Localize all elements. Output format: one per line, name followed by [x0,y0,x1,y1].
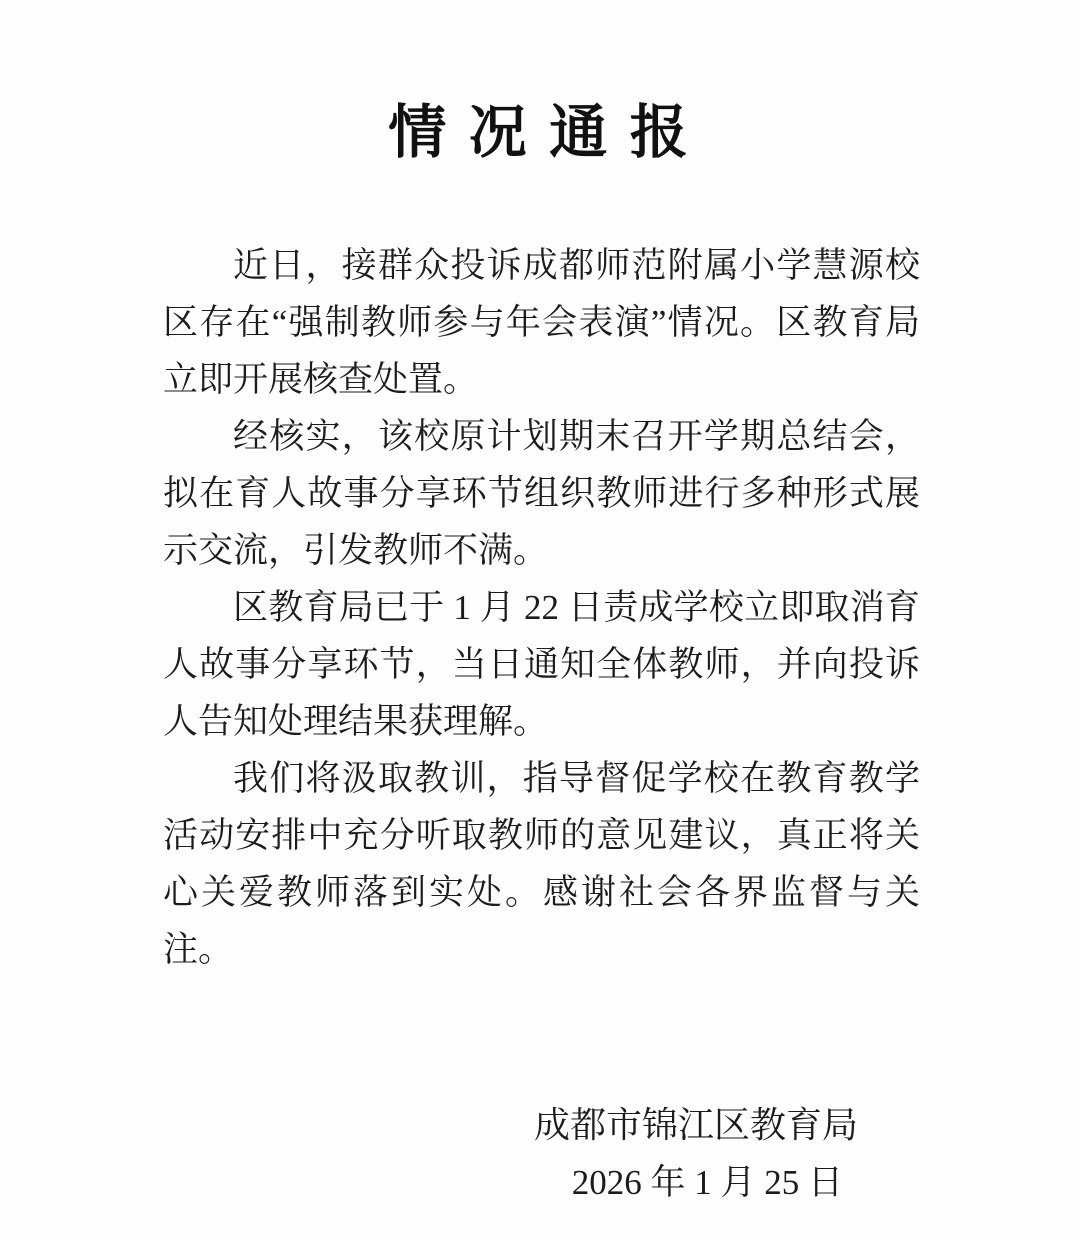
notice-paragraph-3: 区教育局已于 1 月 22 日责成学校立即取消育人故事分享环节，当日通知全体教师… [163,579,920,750]
notice-body: 近日，接群众投诉成都师范附属小学慧源校区存在“强制教师参与年会表演”情况。区教育… [163,237,920,978]
signature-date: 2026 年 1 月 25 日 [0,1154,1080,1211]
notice-paragraph-4: 我们将汲取教训，指导督促学校在教育教学活动安排中充分听取教师的意见建议，真正将关… [163,750,920,978]
signature-block: 成都市锦江区教育局 2026 年 1 月 25 日 [0,1097,1080,1211]
notice-title: 情 况 通 报 [0,0,1080,168]
notice-paragraph-1: 近日，接群众投诉成都师范附属小学慧源校区存在“强制教师参与年会表演”情况。区教育… [163,237,920,408]
signature-issuer: 成都市锦江区教育局 [0,1097,1080,1154]
notice-document: 情 况 通 报 近日，接群众投诉成都师范附属小学慧源校区存在“强制教师参与年会表… [0,0,1080,1240]
notice-paragraph-2: 经核实，该校原计划期末召开学期总结会，拟在育人故事分享环节组织教师进行多种形式展… [163,408,920,579]
